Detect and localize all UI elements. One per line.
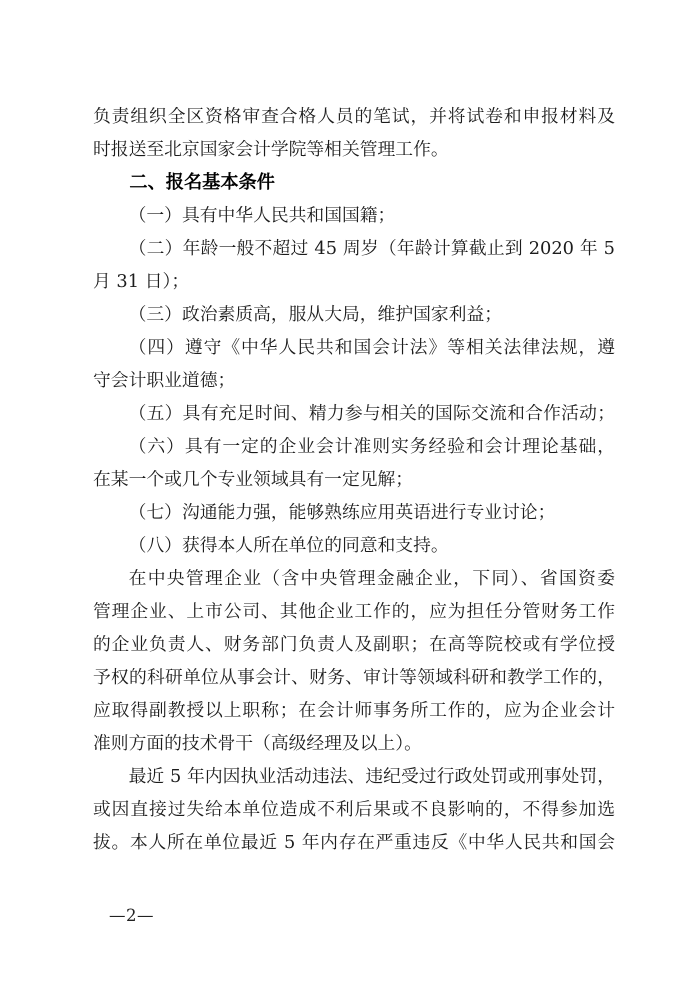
list-item-5: （五）具有充足时间、精力参与相关的国际交流和合作活动； (93, 397, 615, 430)
document-page: 负责组织全区资格审查合格人员的笔试，并将试卷和申报材料及 时报送至北京国家会计学… (0, 0, 700, 989)
text-line: 拔。本人所在单位最近 5 年内存在严重违反《中华人民共和国会 (93, 826, 615, 859)
list-item-6: （六）具有一定的企业会计准则实务经验和会计理论基础， (93, 430, 615, 463)
list-item-8: （八）获得本人所在单位的同意和支持。 (93, 529, 615, 562)
text-line: 月 31 日）； (93, 265, 615, 298)
text-line: 守会计职业道德； (93, 364, 615, 397)
page-number: —2— (109, 906, 154, 926)
list-item-7: （七）沟通能力强，能够熟练应用英语进行专业讨论； (93, 496, 615, 529)
text-line: 准则方面的技术骨干（高级经理及以上）。 (93, 727, 615, 760)
text-line: 的企业负责人、财务部门负责人及副职；在高等院校或有学位授 (93, 628, 615, 661)
text-line: 或因直接过失给本单位造成不利后果或不良影响的，不得参加选 (93, 793, 615, 826)
text-line: 在中央管理企业（含中央管理金融企业，下同）、省国资委 (93, 562, 615, 595)
text-line: 予权的科研单位从事会计、财务、审计等领域科研和教学工作的， (93, 661, 615, 694)
list-item-4: （四）遵守《中华人民共和国会计法》等相关法律法规，遵 (93, 331, 615, 364)
text-line: 负责组织全区资格审查合格人员的笔试，并将试卷和申报材料及 (93, 100, 615, 133)
text-line: 最近 5 年内因执业活动违法、违纪受过行政处罚或刑事处罚， (93, 760, 615, 793)
list-item-3: （三）政治素质高，服从大局，维护国家利益； (93, 298, 615, 331)
text-line: 在某一个或几个专业领域具有一定见解； (93, 463, 615, 496)
list-item-2: （二）年龄一般不超过 45 周岁（年龄计算截止到 2020 年 5 (93, 232, 615, 265)
text-line: 应取得副教授以上职称；在会计师事务所工作的，应为企业会计 (93, 694, 615, 727)
text-line: 时报送至北京国家会计学院等相关管理工作。 (93, 133, 615, 166)
list-item-1: （一）具有中华人民共和国国籍； (93, 199, 615, 232)
text-line: 管理企业、上市公司、其他企业工作的，应为担任分管财务工作 (93, 595, 615, 628)
section-heading: 二、报名基本条件 (93, 166, 615, 199)
text-block: 负责组织全区资格审查合格人员的笔试，并将试卷和申报材料及 时报送至北京国家会计学… (93, 100, 615, 859)
